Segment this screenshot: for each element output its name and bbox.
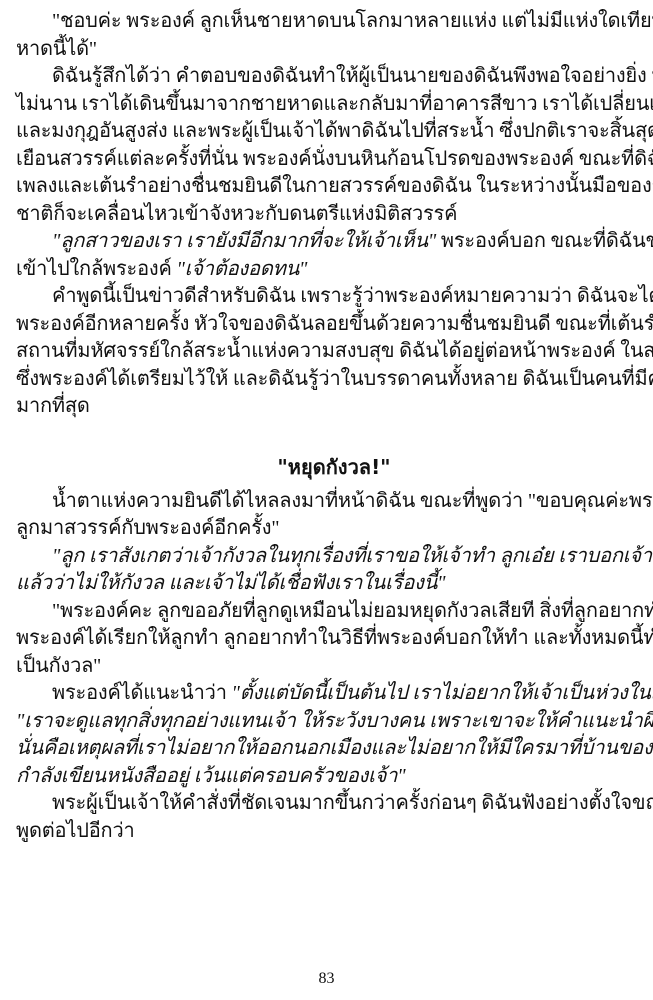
- text-line: พูดต่อไปอีกว่า: [16, 818, 644, 846]
- section-heading: "หยุดกังวล!": [16, 448, 644, 486]
- text-line: แล้วว่าไม่ให้กังวล และเจ้าไม่ได้เชื่อฟัง…: [16, 570, 644, 598]
- paragraph: "ลูก เราสังเกตว่าเจ้ากังวลในทุกเรื่องที่…: [16, 543, 644, 598]
- narration-text: สถานที่มหัศจรรย์ใกล้สระน้ำแห่งความสงบสุข…: [16, 340, 653, 362]
- text-block-before-heading: "ชอบค่ะ พระองค์ ลูกเห็นชายหาดบนโลกมาหลาย…: [16, 8, 644, 421]
- paragraph: "พระองค์คะ ลูกขออภัยที่ลูกดูเหมือนไม่ยอม…: [16, 598, 644, 681]
- text-line: เพลงและเต้นรำอย่างชื่นชมยินดีในกายสวรรค์…: [16, 173, 644, 201]
- narration-text: เป็นกังวล": [16, 655, 101, 677]
- quoted-speech: นั่นคือเหตุผลที่เราไม่อยากให้ออกนอกเมือง…: [16, 737, 653, 759]
- text-line: พระองค์ได้เรียกให้ลูกทำ ลูกอยากทำในวิธีท…: [16, 625, 644, 653]
- narration-text: หาดนี้ได้": [16, 38, 97, 60]
- text-line: และมงกุฎอันสูงส่ง และพระผู้เป็นเจ้าได้พา…: [16, 118, 644, 146]
- narration-text: คำพูดนี้เป็นข่าวดีสำหรับดิฉัน เพราะรู้ว่…: [52, 285, 653, 307]
- narration-text: เพลงและเต้นรำอย่างชื่นชมยินดีในกายสวรรค์…: [16, 175, 653, 197]
- paragraph: ดิฉันรู้สึกได้ว่า คำตอบของดิฉันทำให้ผู้เ…: [16, 63, 644, 228]
- narration-text: พระองค์ได้แนะนำว่า: [52, 682, 232, 704]
- text-line: "ลูกสาวของเรา เรายังมีอีกมากที่จะให้เจ้า…: [16, 228, 644, 256]
- text-line: กำลังเขียนหนังสืออยู่ เว้นแต่ครอบครัวของ…: [16, 763, 644, 791]
- narration-text: "ชอบค่ะ พระองค์ ลูกเห็นชายหาดบนโลกมาหลาย…: [52, 10, 653, 32]
- text-line: ชาติก็จะเคลื่อนไหวเข้าจังหวะกับดนตรีแห่ง…: [16, 201, 644, 229]
- text-line: พระองค์ได้แนะนำว่า "ตั้งแต่บัดนี้เป็นต้น…: [16, 680, 644, 708]
- quoted-speech: "เจ้าต้องอดทน": [176, 258, 307, 280]
- text-line: ลูกมาสวรรค์กับพระองค์อีกครั้ง": [16, 515, 644, 543]
- text-line: เป็นกังวล": [16, 653, 644, 681]
- quoted-speech: กำลังเขียนหนังสืออยู่ เว้นแต่ครอบครัวของ…: [16, 765, 405, 787]
- text-line: คำพูดนี้เป็นข่าวดีสำหรับดิฉัน เพราะรู้ว่…: [16, 283, 644, 311]
- narration-text: พระองค์อีกหลายครั้ง หัวใจของดิฉันลอยขึ้น…: [16, 313, 653, 335]
- narration-text: มากที่สุด: [16, 395, 90, 417]
- narration-text: เยือนสวรรค์แต่ละครั้งที่นั่น พระองค์นั่ง…: [16, 148, 653, 170]
- paragraph: พระองค์ได้แนะนำว่า "ตั้งแต่บัดนี้เป็นต้น…: [16, 680, 644, 790]
- narration-text: น้ำตาแห่งความยินดีได้ไหลลงมาที่หน้าดิฉัน…: [52, 490, 653, 512]
- text-block-after-heading: น้ำตาแห่งความยินดีได้ไหลลงมาที่หน้าดิฉัน…: [16, 488, 644, 846]
- text-line: ดิฉันรู้สึกได้ว่า คำตอบของดิฉันทำให้ผู้เ…: [16, 63, 644, 91]
- text-line: นั่นคือเหตุผลที่เราไม่อยากให้ออกนอกเมือง…: [16, 735, 644, 763]
- text-line: "พระองค์คะ ลูกขออภัยที่ลูกดูเหมือนไม่ยอม…: [16, 598, 644, 626]
- narration-text: ไม่นาน เราได้เดินขึ้นมาจากชายหาดและกลับม…: [16, 93, 653, 115]
- narration-text: พระองค์บอก ขณะที่ดิฉันขยับตัว: [436, 230, 653, 252]
- text-line: ไม่นาน เราได้เดินขึ้นมาจากชายหาดและกลับม…: [16, 91, 644, 119]
- quoted-speech: "ตั้งแต่บัดนี้เป็นต้นไป เราไม่อยากให้เจ้…: [232, 682, 653, 704]
- text-line: "เราจะดูแลทุกสิ่งทุกอย่างแทนเจ้า ให้ระวั…: [16, 708, 644, 736]
- paragraph: "ชอบค่ะ พระองค์ ลูกเห็นชายหาดบนโลกมาหลาย…: [16, 8, 644, 63]
- narration-text: เข้าไปใกล้พระองค์: [16, 258, 176, 280]
- text-line: พระผู้เป็นเจ้าให้คำสั่งที่ชัดเจนมากขึ้นก…: [16, 790, 644, 818]
- narration-text: ลูกมาสวรรค์กับพระองค์อีกครั้ง": [16, 517, 279, 539]
- narration-text: พระองค์ได้เรียกให้ลูกทำ ลูกอยากทำในวิธีท…: [16, 627, 653, 649]
- narration-text: ดิฉันรู้สึกได้ว่า คำตอบของดิฉันทำให้ผู้เ…: [52, 65, 653, 87]
- narration-text: "พระองค์คะ ลูกขออภัยที่ลูกดูเหมือนไม่ยอม…: [52, 600, 653, 622]
- paragraph: พระผู้เป็นเจ้าให้คำสั่งที่ชัดเจนมากขึ้นก…: [16, 790, 644, 845]
- quoted-speech: แล้วว่าไม่ให้กังวล และเจ้าไม่ได้เชื่อฟัง…: [16, 572, 445, 594]
- paragraph: คำพูดนี้เป็นข่าวดีสำหรับดิฉัน เพราะรู้ว่…: [16, 283, 644, 421]
- narration-text: และมงกุฎอันสูงส่ง และพระผู้เป็นเจ้าได้พา…: [16, 120, 653, 142]
- text-line: สถานที่มหัศจรรย์ใกล้สระน้ำแห่งความสงบสุข…: [16, 338, 644, 366]
- quoted-speech: "เราจะดูแลทุกสิ่งทุกอย่างแทนเจ้า ให้ระวั…: [16, 710, 653, 732]
- narration-text: พูดต่อไปอีกว่า: [16, 820, 135, 842]
- text-line: พระองค์อีกหลายครั้ง หัวใจของดิฉันลอยขึ้น…: [16, 311, 644, 339]
- quoted-speech: "ลูก เราสังเกตว่าเจ้ากังวลในทุกเรื่องที่…: [52, 545, 653, 567]
- quoted-speech: "ลูกสาวของเรา เรายังมีอีกมากที่จะให้เจ้า…: [52, 230, 436, 252]
- text-line: "ลูก เราสังเกตว่าเจ้ากังวลในทุกเรื่องที่…: [16, 543, 644, 571]
- text-line: น้ำตาแห่งความยินดีได้ไหลลงมาที่หน้าดิฉัน…: [16, 488, 644, 516]
- text-line: ซึ่งพระองค์ได้เตรียมไว้ให้ และดิฉันรู้ว่…: [16, 366, 644, 394]
- text-line: เข้าไปใกล้พระองค์ "เจ้าต้องอดทน": [16, 256, 644, 284]
- narration-text: ซึ่งพระองค์ได้เตรียมไว้ให้ และดิฉันรู้ว่…: [16, 368, 653, 390]
- text-line: มากที่สุด: [16, 393, 644, 421]
- paragraph: "ลูกสาวของเรา เรายังมีอีกมากที่จะให้เจ้า…: [16, 228, 644, 283]
- text-line: หาดนี้ได้": [16, 36, 644, 64]
- page-number: 83: [0, 970, 653, 988]
- paragraph: น้ำตาแห่งความยินดีได้ไหลลงมาที่หน้าดิฉัน…: [16, 488, 644, 543]
- text-line: เยือนสวรรค์แต่ละครั้งที่นั่น พระองค์นั่ง…: [16, 146, 644, 174]
- book-page: "ชอบค่ะ พระองค์ ลูกเห็นชายหาดบนโลกมาหลาย…: [16, 8, 644, 845]
- narration-text: ชาติก็จะเคลื่อนไหวเข้าจังหวะกับดนตรีแห่ง…: [16, 203, 457, 225]
- text-line: "ชอบค่ะ พระองค์ ลูกเห็นชายหาดบนโลกมาหลาย…: [16, 8, 644, 36]
- narration-text: พระผู้เป็นเจ้าให้คำสั่งที่ชัดเจนมากขึ้นก…: [52, 792, 653, 814]
